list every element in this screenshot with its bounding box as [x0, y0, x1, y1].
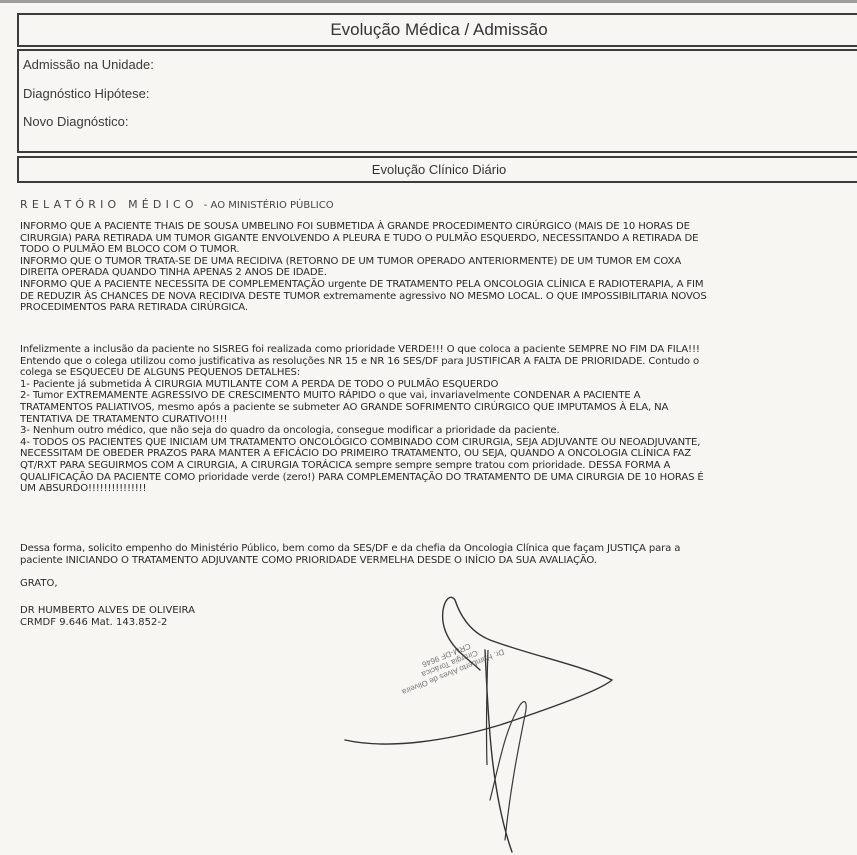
text-line: Infelizmente a inclusão da paciente no S… [20, 344, 855, 356]
report-intro: INFORMO QUE A PACIENTE THAIS DE SOUSA UM… [20, 221, 855, 314]
text-line: INFORMO QUE A PACIENTE NECESSITA DE COMP… [20, 279, 855, 291]
field-diagnostico-hipotese: Diagnóstico Hipótese: [23, 86, 149, 101]
admission-fields-box: Admissão na Unidade: Diagnóstico Hipótes… [17, 49, 857, 153]
text-line: 3- Nenhum outro médico, que não seja do … [20, 425, 855, 437]
text-line: 4- TODOS OS PACIENTES QUE INICIAM UM TRA… [20, 437, 855, 449]
form-header-box: Evolução Médica / Admissão [17, 13, 857, 47]
text-line: QT/RXT PARA SEGUIRMOS COM A CIRURGIA, A … [20, 460, 855, 472]
text-line: TENTATIVA DE TRATAMENTO CURATIVO!!!! [20, 414, 855, 426]
section-title: Evolução Clínico Diário [19, 162, 857, 177]
text-line: PROCEDIMENTOS PARA RETIRADA CIRÚRGICA. [20, 302, 855, 314]
text-line: INFORMO QUE A PACIENTE THAIS DE SOUSA UM… [20, 221, 855, 233]
form-title: Evolução Médica / Admissão [19, 20, 857, 40]
text-line: QUALIFICAÇÃO DA PACIENTE COMO prioridade… [20, 472, 855, 484]
text-line: paciente INICIANDO O TRATAMENTO ADJUVANT… [20, 555, 855, 567]
section-header-box: Evolução Clínico Diário [17, 156, 857, 183]
field-admissao-unidade: Admissão na Unidade: [23, 57, 154, 72]
text-line: 2- Tumor EXTREMAMENTE AGRESSIVO DE CRESC… [20, 390, 855, 402]
text-line: colega se ESQUECEU DE ALGUNS PEQUENOS DE… [20, 367, 855, 379]
text-line: 1- Paciente já submetida À CIRURGIA MUTI… [20, 379, 855, 391]
report-heading: RELATÓRIO MÉDICO- AO MINISTÉRIO PÚBLICO [20, 198, 334, 211]
closing: GRATO, [20, 578, 58, 589]
text-line: CIRURGIA) PARA RETIRADA UM TUMOR GIGANTE… [20, 233, 855, 245]
text-line: INFORMO QUE O TUMOR TRATA-SE DE UMA RECI… [20, 256, 855, 268]
signer-name: DR HUMBERTO ALVES DE OLIVEIRA [20, 605, 195, 617]
report-heading-sub: - AO MINISTÉRIO PÚBLICO [204, 200, 334, 211]
text-line: Dessa forma, solicito empenho do Ministé… [20, 543, 855, 555]
handwritten-signature [330, 590, 630, 855]
scan-edge [0, 0, 857, 3]
text-line: NECESSITAM DE OBEDER PRAZOS PARA MANTER … [20, 448, 855, 460]
text-line: TODO O PULMÃO EM BLOCO COM O TUMOR. [20, 244, 855, 256]
signer-registration: CRMDF 9.646 Mat. 143.852-2 [20, 617, 195, 629]
text-line: Entendo que o colega utilizou como justi… [20, 356, 855, 368]
report-heading-title: RELATÓRIO MÉDICO [20, 198, 198, 211]
field-novo-diagnostico: Novo Diagnóstico: [23, 114, 129, 129]
text-line: TRATAMENTOS PALIATIVOS, mesmo após a pac… [20, 402, 855, 414]
text-line: UM ABSURDO!!!!!!!!!!!!!!! [20, 483, 855, 495]
text-line: DIREITA OPERADA QUANDO TINHA APENAS 2 AN… [20, 267, 855, 279]
report-request: Dessa forma, solicito empenho do Ministé… [20, 543, 855, 566]
report-complaint: Infelizmente a inclusão da paciente no S… [20, 344, 855, 495]
text-line: DE REDUZIR ÀS CHANCES DE NOVA RECIDIVA D… [20, 291, 855, 303]
signer-block: DR HUMBERTO ALVES DE OLIVEIRA CRMDF 9.64… [20, 605, 195, 628]
